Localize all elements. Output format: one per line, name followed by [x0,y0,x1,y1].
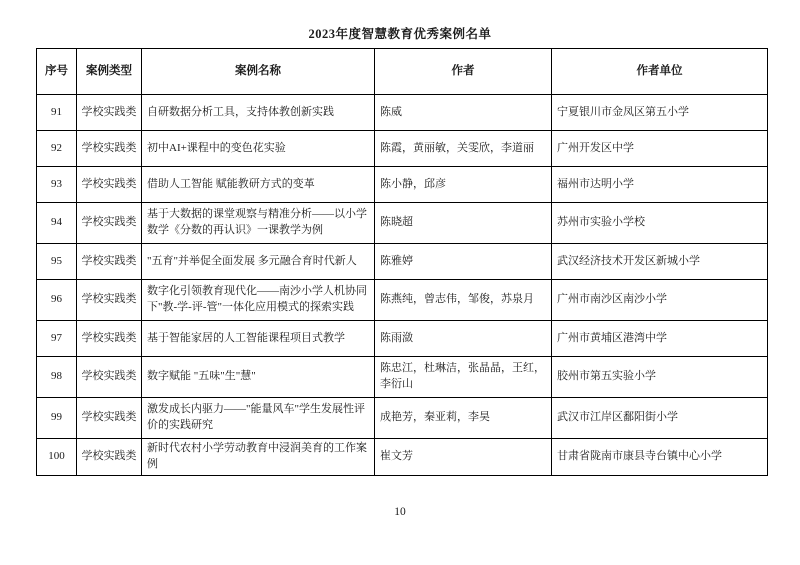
authors-cell: 陈威 [375,95,552,131]
serial-number-cell: 92 [37,131,77,167]
authors-cell: 陈忠江，杜琳洁，张晶晶，王红，李衍山 [375,357,552,398]
case-title-cell: 激发成长内驱力——"能量风车"学生发展性评价的实践研究 [142,398,375,439]
case-type-cell: 学校实践类 [77,357,142,398]
case-type-cell: 学校实践类 [77,131,142,167]
document-page: 2023年度智慧教育优秀案例名单 序号 案例类型 案例名称 作者 作者单位 91… [0,0,800,565]
authors-cell: 陈雨潋 [375,321,552,357]
author-org-cell: 广州市南沙区南沙小学 [552,280,768,321]
table-row: 92 学校实践类 初中AI+课程中的变色花实验 陈霞，黄丽敏，关雯欣，李道丽 广… [37,131,768,167]
table-row: 95 学校实践类 "五育"并举促全面发展 多元融合育时代新人 陈雅婷 武汉经济技… [37,244,768,280]
case-type-cell: 学校实践类 [77,439,142,476]
serial-number-cell: 100 [37,439,77,476]
authors-cell: 陈霞，黄丽敏，关雯欣，李道丽 [375,131,552,167]
serial-number-cell: 94 [37,203,77,244]
authors-cell: 陈小静，邱彦 [375,167,552,203]
serial-number-cell: 93 [37,167,77,203]
case-title-cell: 基于智能家居的人工智能课程项目式教学 [142,321,375,357]
authors-cell: 陈晓超 [375,203,552,244]
author-org-cell: 胶州市第五实验小学 [552,357,768,398]
header-serial-number: 序号 [37,49,77,95]
case-type-cell: 学校实践类 [77,280,142,321]
author-org-cell: 甘肃省陇南市康县寺台镇中心小学 [552,439,768,476]
author-org-cell: 苏州市实验小学校 [552,203,768,244]
case-title-cell: 数字化引领教育现代化——南沙小学人机协同下"教-学-评-管"一体化应用模式的探索… [142,280,375,321]
serial-number-cell: 95 [37,244,77,280]
case-list-table: 序号 案例类型 案例名称 作者 作者单位 91 学校实践类 自研数据分析工具，支… [36,48,768,476]
table-row: 93 学校实践类 借助人工智能 赋能教研方式的变革 陈小静，邱彦 福州市达明小学 [37,167,768,203]
case-type-cell: 学校实践类 [77,398,142,439]
authors-cell: 陈雅婷 [375,244,552,280]
author-org-cell: 武汉经济技术开发区新城小学 [552,244,768,280]
table-row: 99 学校实践类 激发成长内驱力——"能量风车"学生发展性评价的实践研究 成艳芳… [37,398,768,439]
table-row: 100 学校实践类 新时代农村小学劳动教育中浸润美育的工作案例 崔文芳 甘肃省陇… [37,439,768,476]
authors-cell: 崔文芳 [375,439,552,476]
case-title-cell: 基于大数据的课堂观察与精准分析——以小学数学《分数的再认识》一课教学为例 [142,203,375,244]
case-type-cell: 学校实践类 [77,203,142,244]
serial-number-cell: 96 [37,280,77,321]
header-authors: 作者 [375,49,552,95]
case-type-cell: 学校实践类 [77,244,142,280]
case-type-cell: 学校实践类 [77,95,142,131]
authors-cell: 陈燕纯，曾志伟，邹俊，苏泉月 [375,280,552,321]
table-row: 98 学校实践类 数字赋能 "五味"生"慧" 陈忠江，杜琳洁，张晶晶，王红，李衍… [37,357,768,398]
serial-number-cell: 98 [37,357,77,398]
table-row: 96 学校实践类 数字化引领教育现代化——南沙小学人机协同下"教-学-评-管"一… [37,280,768,321]
header-case-title: 案例名称 [142,49,375,95]
case-title-cell: 数字赋能 "五味"生"慧" [142,357,375,398]
case-title-cell: 自研数据分析工具，支持体教创新实践 [142,95,375,131]
table-row: 91 学校实践类 自研数据分析工具，支持体教创新实践 陈威 宁夏银川市金凤区第五… [37,95,768,131]
serial-number-cell: 97 [37,321,77,357]
case-type-cell: 学校实践类 [77,167,142,203]
case-title-cell: 借助人工智能 赋能教研方式的变革 [142,167,375,203]
page-number: 10 [0,506,800,518]
header-author-org: 作者单位 [552,49,768,95]
author-org-cell: 广州开发区中学 [552,131,768,167]
case-title-cell: 初中AI+课程中的变色花实验 [142,131,375,167]
table-header-row: 序号 案例类型 案例名称 作者 作者单位 [37,49,768,95]
authors-cell: 成艳芳，秦亚莉，李昊 [375,398,552,439]
author-org-cell: 广州市黄埔区港湾中学 [552,321,768,357]
table-row: 94 学校实践类 基于大数据的课堂观察与精准分析——以小学数学《分数的再认识》一… [37,203,768,244]
table-row: 97 学校实践类 基于智能家居的人工智能课程项目式教学 陈雨潋 广州市黄埔区港湾… [37,321,768,357]
case-title-cell: 新时代农村小学劳动教育中浸润美育的工作案例 [142,439,375,476]
author-org-cell: 宁夏银川市金凤区第五小学 [552,95,768,131]
header-case-type: 案例类型 [77,49,142,95]
serial-number-cell: 99 [37,398,77,439]
serial-number-cell: 91 [37,95,77,131]
case-title-cell: "五育"并举促全面发展 多元融合育时代新人 [142,244,375,280]
page-title: 2023年度智慧教育优秀案例名单 [0,24,800,42]
case-type-cell: 学校实践类 [77,321,142,357]
author-org-cell: 武汉市江岸区鄱阳街小学 [552,398,768,439]
author-org-cell: 福州市达明小学 [552,167,768,203]
